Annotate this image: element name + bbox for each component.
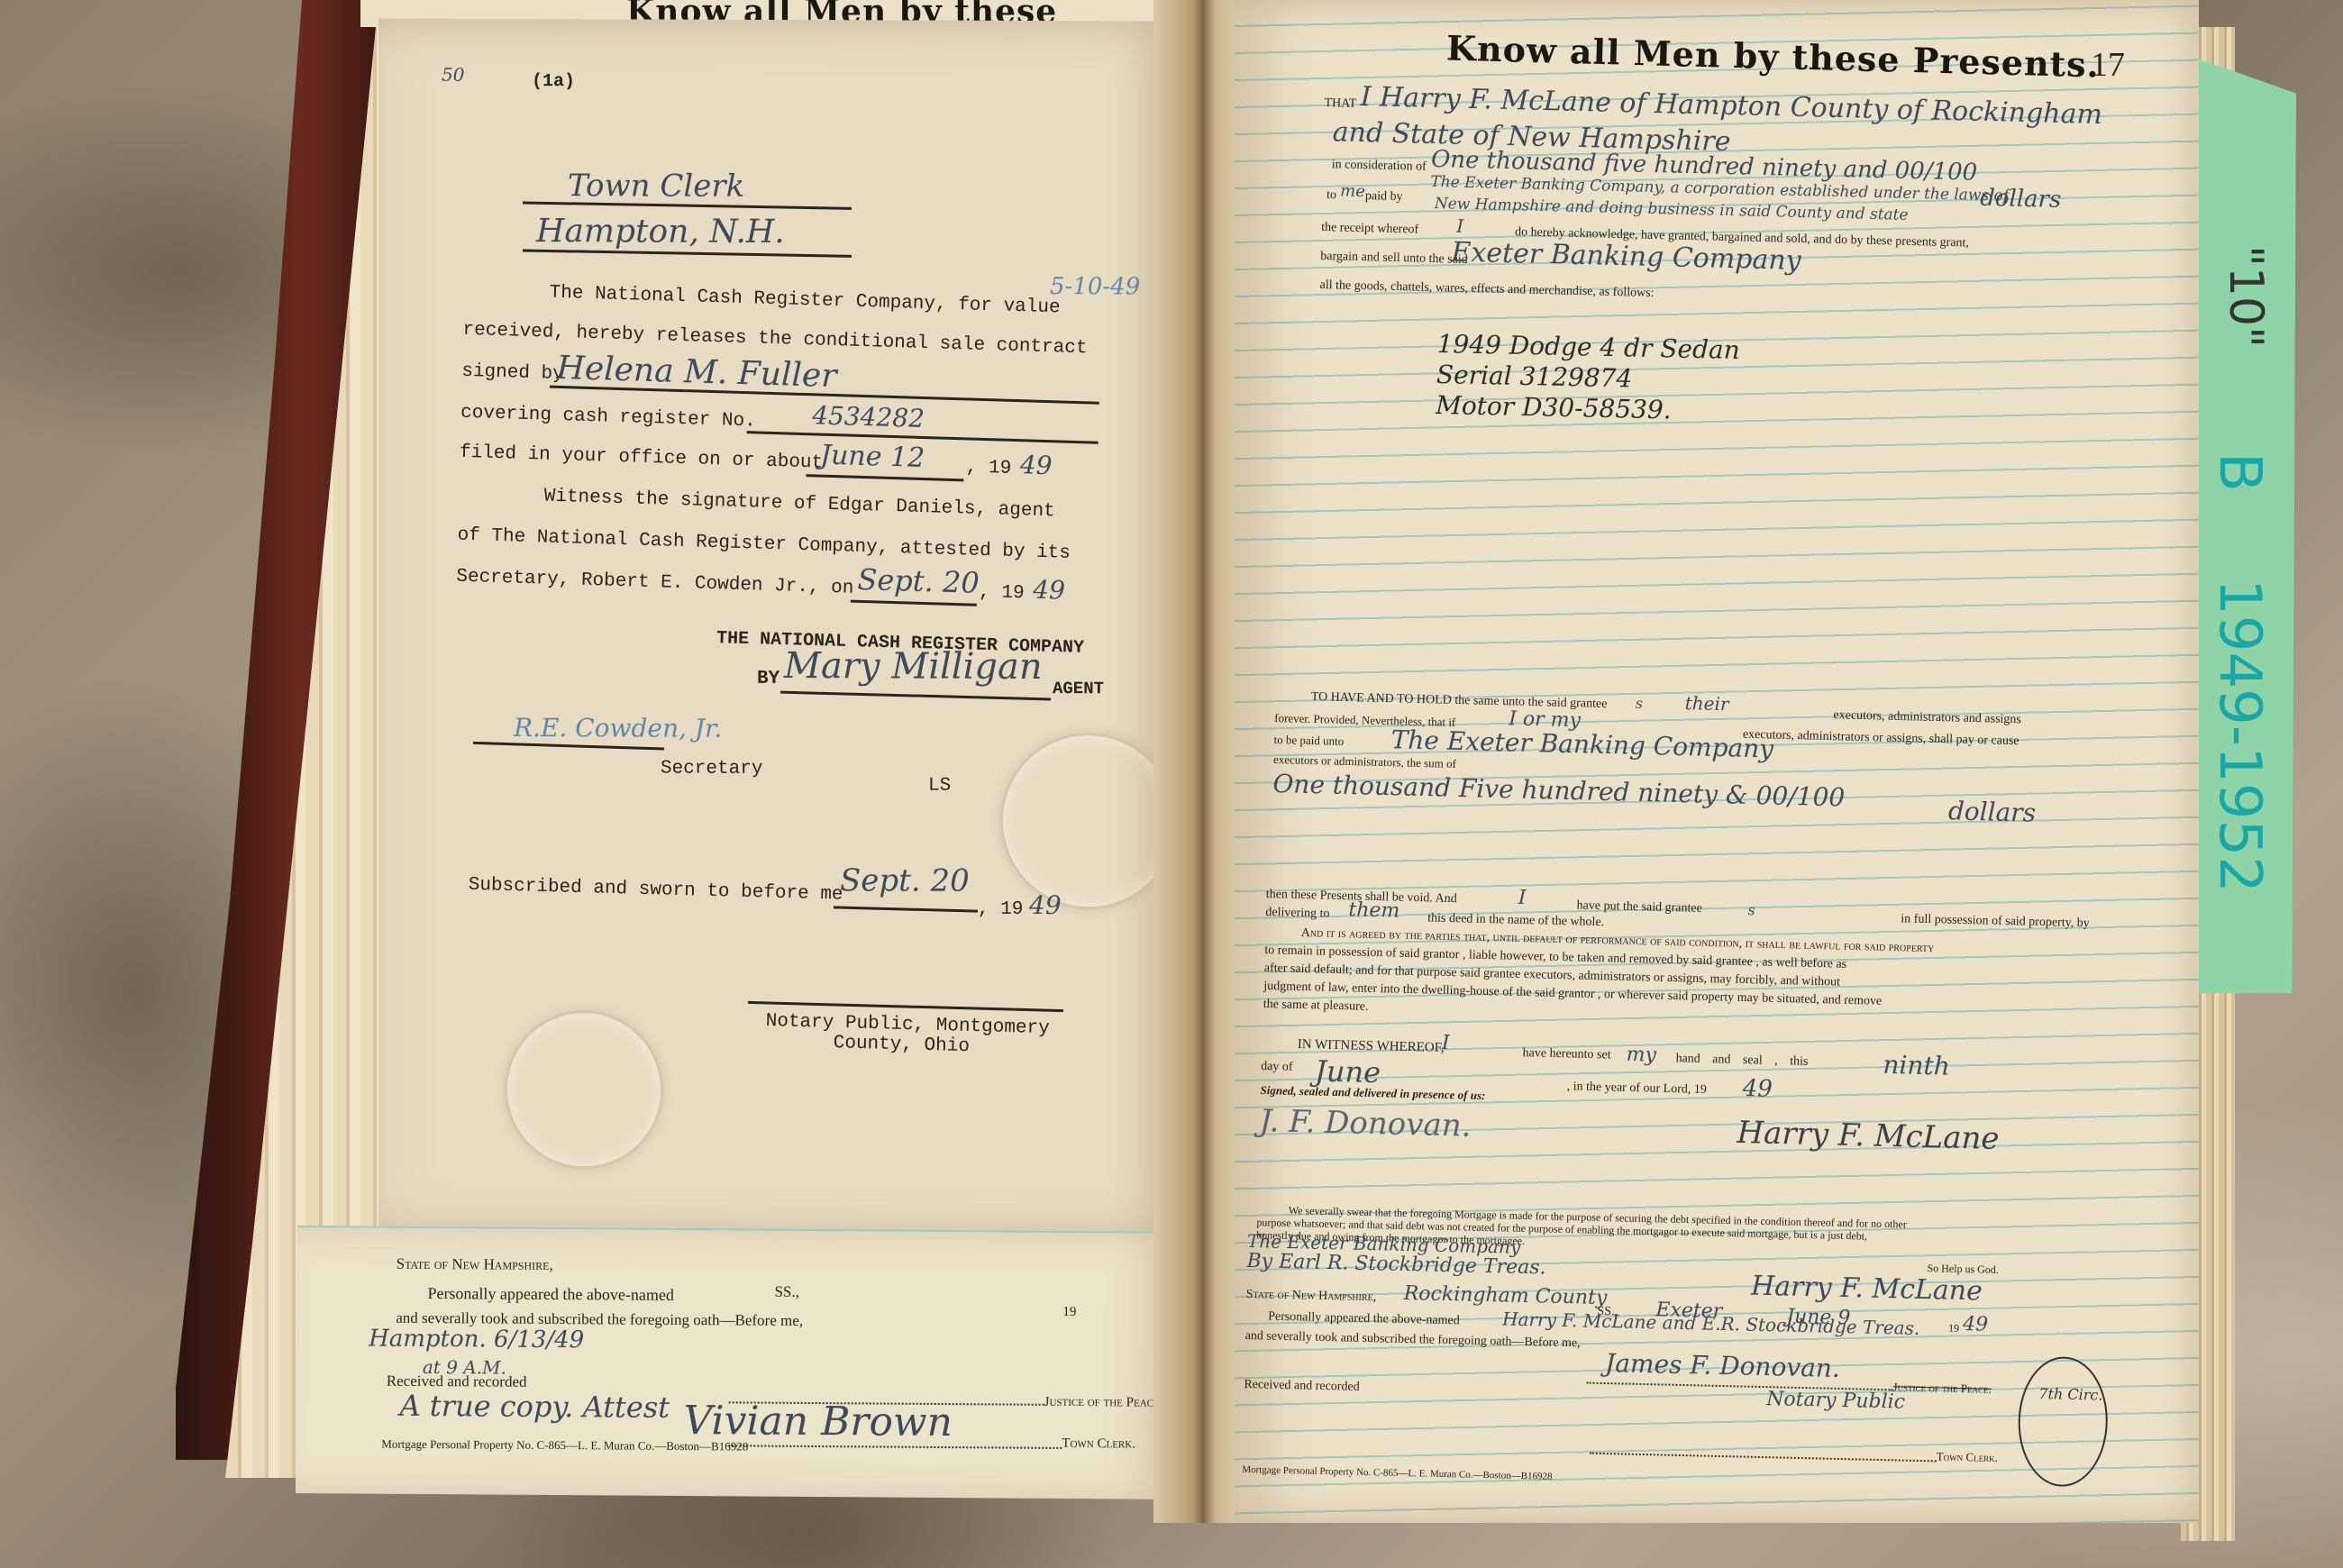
attest-year-prefix: , 19 <box>979 582 1025 604</box>
witness-line: have hereunto set <box>1522 1046 1610 1062</box>
addressee-line2: Hampton, N.H. <box>536 213 785 251</box>
form-id: (1a) <box>532 71 575 92</box>
filed-date: June 12 <box>820 440 925 474</box>
body-line: filed in your office on or about <box>460 442 824 474</box>
filed-year: 49 <box>1019 450 1052 480</box>
circle-note: 7th Circ. <box>2038 1385 2102 1404</box>
body-line: signed by <box>461 361 564 385</box>
witness-clause: IN WITNESS WHEREOF, I have hereunto set … <box>1262 1036 2163 1058</box>
void-line: have put the said grantee <box>1576 898 1702 916</box>
consideration-label: in consideration of <box>1332 158 1427 175</box>
grant-clause: THAT I Harry F. McLane of Hampton County… <box>1325 86 2190 106</box>
page-number[interactable]: 17 <box>2091 45 2125 85</box>
body-line: Secretary, Robert E. Cowden Jr., on <box>456 567 854 599</box>
town-clerk-signature: Vivian Brown <box>683 1398 953 1445</box>
witness-hand: my <box>1626 1044 1656 1067</box>
oath-year-prefix: 19 <box>1948 1322 1959 1336</box>
body-line: of The National Cash Register Company, a… <box>457 525 1071 564</box>
void-line: the same at pleasure. <box>1263 998 1369 1015</box>
oath-grantor-signature: Harry F. McLane <box>1751 1271 1983 1308</box>
void-hand: them <box>1348 898 1399 922</box>
oath-county: Rockingham County <box>1403 1282 1607 1309</box>
habendum-line: to be paid unto <box>1273 733 1344 749</box>
void-hand: I <box>1518 887 1527 909</box>
void-line: in full possession of said property, by <box>1901 912 2090 931</box>
filed-date-rule <box>806 474 963 481</box>
addressee-rule2 <box>523 249 852 257</box>
release-date-note: 5-10-49 <box>1050 273 1140 300</box>
witness-hand: I <box>1442 1032 1450 1054</box>
habendum-line: executors, administrators and assigns <box>1833 708 2021 727</box>
body-line: The National Cash Register Company, for … <box>549 283 1061 319</box>
goods-label: all the goods, chattels, wares, effects … <box>1319 278 1654 301</box>
void-line: delivering to <box>1265 906 1330 922</box>
witness-line: , in the year of our Lord, 19 <box>1567 1080 1707 1098</box>
tab-letter: B <box>2206 452 2273 492</box>
witness-year: 49 <box>1742 1075 1773 1103</box>
tab-ditto-note: "10" <box>2219 245 2273 348</box>
void-clause: then these Presents shall be void. And I… <box>1266 888 2167 909</box>
sworn-label: Subscribed and sworn to before me <box>468 875 843 906</box>
oath-footer: Mortgage Personal Property No. C-865—L. … <box>1242 1464 1553 1482</box>
ls-label: LS <box>928 776 951 797</box>
sum-amount: One thousand Five hundred ninety & 00/10… <box>1272 769 1846 813</box>
oath-justice-label: Justice of the Peace. <box>1892 1380 1992 1396</box>
attest-date: Sept. 20 <box>857 562 980 600</box>
habendum-line: executors, administrators or assigns, sh… <box>1743 728 2019 749</box>
notarial-embossed-seal <box>505 1010 663 1170</box>
oath-received: Received and recorded <box>1244 1378 1360 1395</box>
ledger-attest-hand: A true copy. Attest <box>399 1389 670 1425</box>
circled-annotation: 7th Circ. <box>2017 1355 2109 1487</box>
sworn-date: Sept. 20 <box>840 862 970 899</box>
sworn-date-rule <box>834 906 978 912</box>
void-hand: s <box>1747 901 1755 918</box>
witness-line: hand and seal , this <box>1675 1052 1808 1070</box>
oath-town-clerk-rule <box>1590 1453 1937 1463</box>
that-label: THAT <box>1324 96 1356 112</box>
town-clerk-rule <box>728 1445 1062 1449</box>
receipt-hand: I <box>1456 215 1463 237</box>
addressee-line1: Town Clerk <box>568 168 744 205</box>
body-line: Witness the signature of Edgar Daniels, … <box>543 487 1055 523</box>
page-header: Know all Men by these Presents. <box>1446 28 2101 86</box>
witness-day: ninth <box>1883 1050 1950 1081</box>
oath-state: State of New Hampshire, <box>1246 1288 1377 1305</box>
habendum-hand: s <box>1636 695 1644 712</box>
oath-year: 49 <box>1963 1313 1989 1336</box>
void-line: this deed in the name of the whole. <box>1427 911 1604 930</box>
attest-date-rule <box>851 600 977 606</box>
sworn-year: 49 <box>1029 890 1062 920</box>
property-line3: Motor D30-58539. <box>1436 390 1672 424</box>
paid-by-label: paid by <box>1365 189 1403 205</box>
oath-town-clerk: Town Clerk. <box>1937 1449 1998 1465</box>
ncr-release-document: 50 (1a) Town Clerk Hampton, N.H. 5-10-49… <box>378 18 1171 1237</box>
oath-appeared: Personally appeared the above-named <box>1268 1310 1460 1329</box>
corporate-embossed-seal <box>1000 733 1177 910</box>
secretary-signature: R.E. Cowden, Jr. <box>514 713 722 743</box>
habendum-hand: their <box>1684 692 1728 715</box>
sworn-year-prefix: , 19 <box>978 899 1023 920</box>
agent-rule <box>780 691 1051 701</box>
ledger-justice: Justice of the Peace. <box>1044 1395 1163 1411</box>
bargain-label: bargain and sell unto the said <box>1320 250 1468 268</box>
left-ledger-oath-section: State of New Hampshire, SS., 19 Personal… <box>296 1226 1171 1500</box>
ledger-footer: Mortgage Personal Property No. C-865—L. … <box>381 1437 748 1454</box>
property-line1: 1949 Dodge 4 dr Sedan <box>1436 329 1740 365</box>
property-line2: Serial 3129874 <box>1436 360 1633 394</box>
witness-line: day of <box>1261 1060 1293 1075</box>
ledger-state: State of New Hampshire, <box>397 1255 553 1274</box>
oath-notary-hand: Notary Public <box>1766 1388 1905 1413</box>
ledger-ss: SS., <box>774 1283 799 1301</box>
filed-year-prefix: , 19 <box>965 457 1011 479</box>
ledger-appeared: Personally appeared the above-named <box>427 1284 674 1305</box>
by-label: BY <box>757 669 779 689</box>
oath-names: Harry F. McLane and E.R. Stockbridge Tre… <box>1502 1308 1920 1339</box>
notary-rule <box>748 1001 1063 1012</box>
ledger-town-clerk: Town Clerk. <box>1062 1436 1135 1453</box>
secretary-label: Secretary <box>661 759 762 779</box>
ledger-year: 19 <box>1062 1305 1076 1320</box>
mortgage-record-page: Know all Men by these Presents. 17 THAT … <box>1235 0 2199 1523</box>
notary-line2: County, Ohio <box>833 1033 970 1057</box>
grantor-signature: Harry F. McLane <box>1737 1115 2000 1157</box>
agent-signature: Mary Milligan <box>784 645 1043 688</box>
corner-note: 50 <box>442 64 464 86</box>
index-tab[interactable]: "10" B 1949-1952 <box>2190 56 2296 993</box>
agent-label: AGENT <box>1053 679 1104 698</box>
justice-signature: James F. Donovan. <box>1605 1348 1841 1383</box>
register-number: 4534282 <box>812 400 925 433</box>
oath-section: We severally swear that the foregoing Mo… <box>1248 1203 2167 1224</box>
ledger-hand-place-date: Hampton. 6/13/49 <box>369 1326 584 1354</box>
tab-years: 1949-1952 <box>2206 579 2273 893</box>
paid-to-hand: me <box>1340 181 1365 201</box>
attest-year: 49 <box>1033 575 1065 606</box>
body-line: covering cash register No. <box>460 403 756 433</box>
witness-signature: J. F. Donovan. <box>1259 1103 1472 1144</box>
receipt-label: the receipt whereof <box>1321 221 1418 238</box>
paid-to-label: to <box>1326 188 1336 203</box>
habendum-clause: TO HAVE AND TO HOLD the same unto the sa… <box>1275 689 2158 711</box>
sum-dollars: dollars <box>1948 796 2037 827</box>
oath-severally: and severally took and subscribed the fo… <box>1244 1329 1580 1351</box>
signed-sealed-label: Signed, sealed and delivered in presence… <box>1260 1083 1485 1103</box>
